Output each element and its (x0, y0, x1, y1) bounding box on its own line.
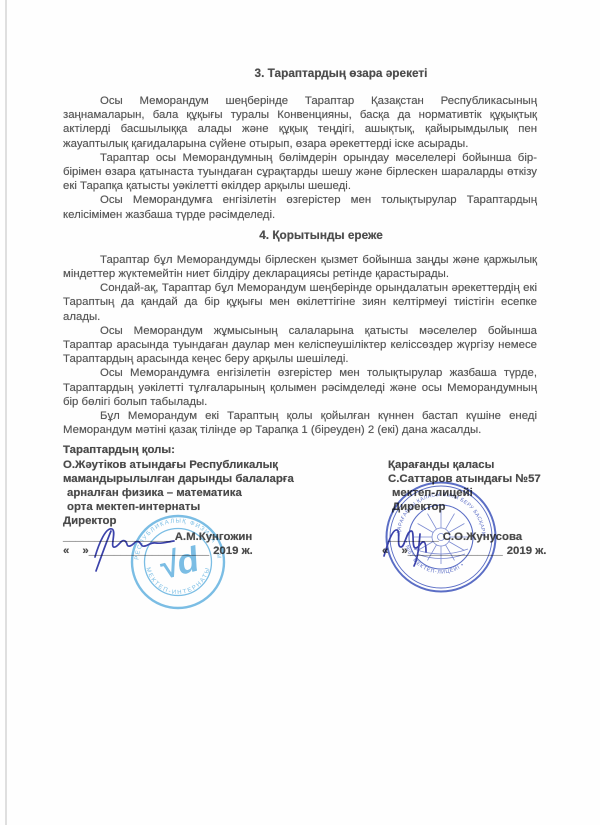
right-party-block: Қарағанды қаласы С.Саттаров атындағы №57… (388, 458, 546, 558)
left-party-line: О.Жәутіков атындағы Республикалық (63, 458, 388, 472)
right-date-line: «»_______________2019 ж. (382, 544, 546, 558)
left-stamp-ring-bottom-text: МЕКТЕП-ИНТЕРНАТЫ (144, 566, 211, 596)
document-content: 3. Тараптардың өзара әрекеті Осы Меморан… (0, 0, 600, 558)
date-underline: ___________________ (89, 545, 209, 557)
left-party-line: мамандырылылған дарынды балаларға (63, 472, 388, 486)
svg-text:МЕКТЕП-ИНТЕРНАТЫ: МЕКТЕП-ИНТЕРНАТЫ (144, 566, 211, 596)
left-party-title: Директор (63, 514, 388, 528)
right-party-line: Қарағанды қаласы (388, 458, 546, 472)
paragraph: Осы Меморандумға енгізілетін өзгерістер … (63, 366, 537, 409)
right-party-line: мектеп-лицейі (388, 486, 546, 500)
signature-underline: _________________ (63, 531, 171, 543)
paragraph: Сондай-ақ, Тараптар бұл Меморандум шеңбе… (63, 281, 537, 324)
left-party-line: арналған физика – математика (63, 486, 388, 500)
right-party-title: Директор (388, 500, 546, 514)
paragraph: Осы Меморандум шеңберінде Тараптар Қазақ… (63, 94, 537, 151)
paragraph: Бұл Меморандум екі Тараптың қолы қойылға… (63, 409, 537, 437)
scanned-document-page: 3. Тараптардың өзара әрекеті Осы Меморан… (0, 0, 600, 825)
left-signatory-line: _________________А.М.Кунгожин (63, 530, 388, 544)
year-label: 2019 ж. (503, 545, 547, 557)
paragraph: Осы Меморандум жұмысының салаларына қаты… (63, 324, 537, 367)
left-party-line: орта мектеп-интернаты (63, 500, 388, 514)
right-signatory-name: С.О.Жунусова (439, 531, 522, 543)
date-underline: _______________ (408, 545, 503, 557)
paragraph: Осы Меморандумға енгізілетін өзгерістер … (63, 193, 537, 221)
right-signatory-line: ________С.О.Жунусова (388, 530, 546, 544)
left-signatory-name: А.М.Кунгожин (171, 531, 253, 543)
left-date-line: «»___________________2019 ж. (63, 544, 388, 558)
signatures-heading: Тараптардың қолы: (63, 443, 537, 457)
paragraph: Тараптар осы Меморандумның бөлімдерін ор… (63, 151, 537, 194)
year-label: 2019 ж. (209, 545, 253, 557)
signature-block: О.Жәутіков атындағы Республикалық маманд… (63, 458, 537, 558)
left-party-block: О.Жәутіков атындағы Республикалық маманд… (63, 458, 388, 558)
open-quote: « (382, 545, 388, 557)
signature-underline: ________ (388, 531, 439, 543)
right-party-line: С.Саттаров атындағы №57 (388, 472, 546, 486)
paragraph: Тараптар бұл Меморандумды бірлескен қызм… (63, 253, 537, 281)
open-quote: « (63, 545, 69, 557)
section-4-title: 4. Қорытынды ереже (105, 228, 537, 243)
section-3-title: 3. Тараптардың өзара әрекеті (145, 66, 537, 81)
